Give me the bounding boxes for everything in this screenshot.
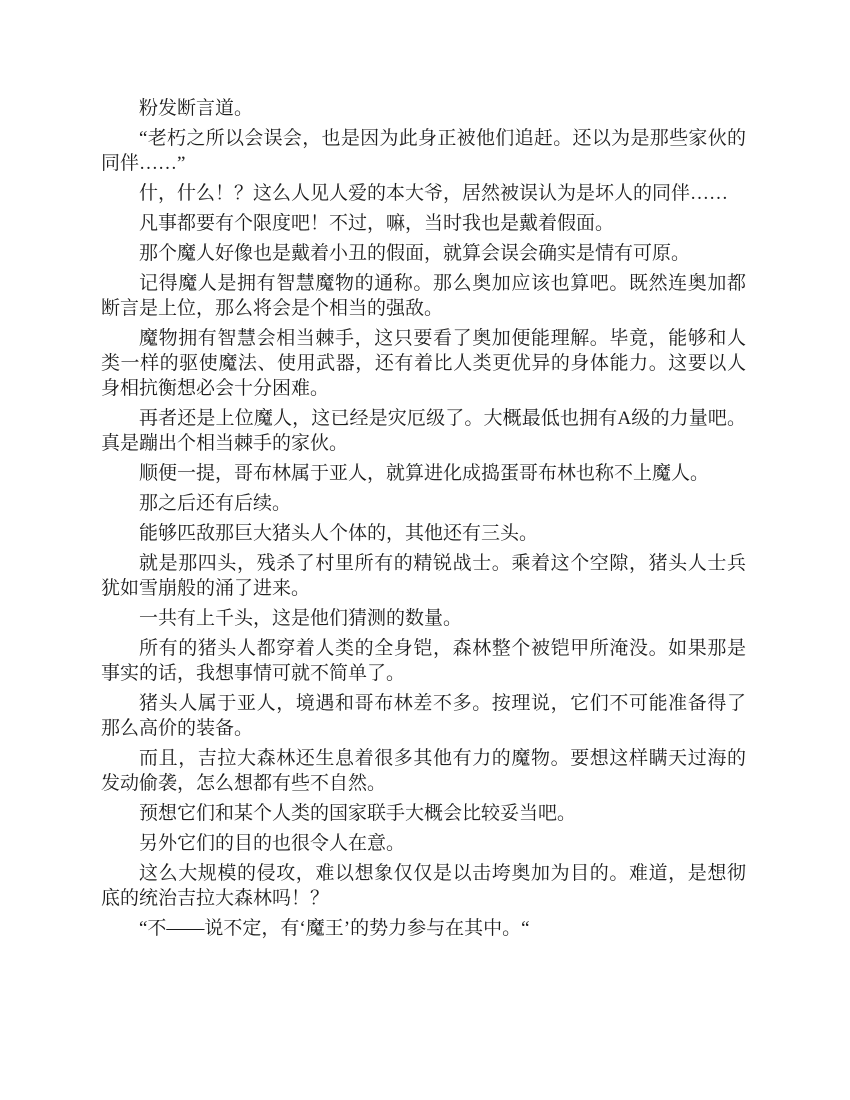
paragraph: “不——说不定，有‘魔王’的势力参与在其中。“ [101, 916, 746, 941]
paragraph: 而且，吉拉大森林还生息着很多其他有力的魔物。要想这样瞒天过海的发动偷袭，怎么想都… [101, 746, 746, 796]
paragraph: “老朽之所以会误会，也是因为此身正被他们追赶。还以为是那些家伙的同伴……” [101, 126, 746, 176]
paragraph: 再者还是上位魔人，这已经是灾厄级了。大概最低也拥有A级的力量吧。真是蹦出个相当棘… [101, 406, 746, 456]
paragraph: 什，什么！？这么人见人爱的本大爷，居然被误认为是坏人的同伴…… [101, 181, 746, 206]
paragraph: 魔物拥有智慧会相当棘手，这只要看了奥加便能理解。毕竟，能够和人类一样的驱使魔法、… [101, 326, 746, 401]
paragraph: 那之后还有后续。 [101, 491, 746, 516]
paragraph: 能够匹敌那巨大猪头人个体的，其他还有三头。 [101, 521, 746, 546]
paragraph: 猪头人属于亚人，境遇和哥布林差不多。按理说，它们不可能准备得了那么高价的装备。 [101, 691, 746, 741]
paragraph: 另外它们的目的也很令人在意。 [101, 831, 746, 856]
paragraph: 所有的猪头人都穿着人类的全身铠，森林整个被铠甲所淹没。如果那是事实的话，我想事情… [101, 636, 746, 686]
paragraph: 一共有上千头，这是他们猜测的数量。 [101, 606, 746, 631]
paragraph: 那个魔人好像也是戴着小丑的假面，就算会误会确实是情有可原。 [101, 241, 746, 266]
paragraph: 粉发断言道。 [101, 96, 746, 121]
paragraph: 预想它们和某个人类的国家联手大概会比较妥当吧。 [101, 801, 746, 826]
paragraph: 顺便一提，哥布林属于亚人，就算进化成捣蛋哥布林也称不上魔人。 [101, 461, 746, 486]
paragraph: 这么大规模的侵攻，难以想象仅仅是以击垮奥加为目的。难道，是想彻底的统治吉拉大森林… [101, 861, 746, 911]
paragraph: 凡事都要有个限度吧！不过，嘛，当时我也是戴着假面。 [101, 211, 746, 236]
paragraph: 记得魔人是拥有智慧魔物的通称。那么奥加应该也算吧。既然连奥加都断言是上位，那么将… [101, 271, 746, 321]
document-page: 粉发断言道。 “老朽之所以会误会，也是因为此身正被他们追赶。还以为是那些家伙的同… [0, 0, 850, 1100]
paragraph: 就是那四头，残杀了村里所有的精锐战士。乘着这个空隙，猪头人士兵犹如雪崩般的涌了进… [101, 551, 746, 601]
